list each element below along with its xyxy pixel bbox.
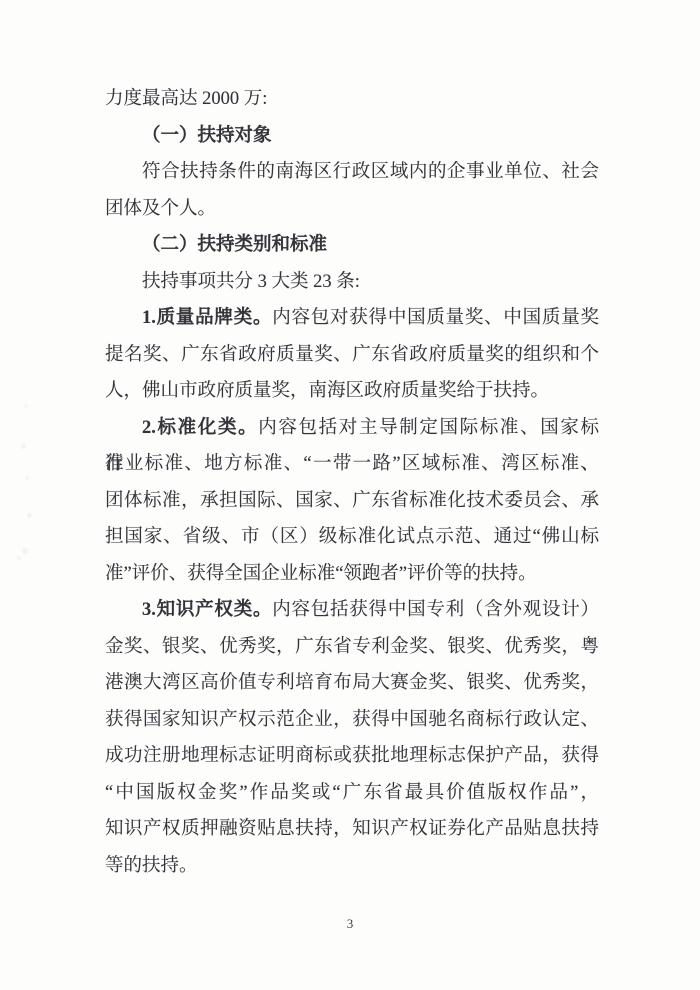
body-text: 提名奖、广东省政府质量奖、广东省政府质量奖的组织和个	[105, 345, 599, 365]
scan-speckle	[27, 513, 32, 518]
text-line: 团体及个人。	[105, 191, 599, 228]
body-text: 成功注册地理标志证明商标或获批地理标志保护产品，获得	[105, 746, 599, 766]
text-line: 金奖、银奖、优秀奖，广东省专利金奖、银奖、优秀奖，粤	[105, 629, 599, 666]
body-text: 力度最高达 2000 万:	[105, 89, 267, 109]
page-number: 3	[0, 915, 700, 933]
text-line: “中国版权金奖”作品奖或“广东省最具价值版权作品”，	[105, 775, 599, 812]
text-line: 担国家、省级、市（区）级标准化试点示范、通过“佛山标	[105, 519, 599, 556]
scan-speckle	[25, 476, 29, 480]
body-text: 准”评价、获得全国企业标准“领跑者”评价等的扶持。	[105, 564, 537, 584]
body-text: 团体标准，承担国际、国家、广东省标准化技术委员会、承	[105, 491, 599, 511]
body-text: 担国家、省级、市（区）级标准化试点示范、通过“佛山标	[105, 527, 599, 547]
text-line: 团体标准，承担国际、国家、广东省标准化技术委员会、承	[105, 483, 599, 520]
text-line: 2.标准化类。内容包括对主导制定国际标准、国家标准、	[105, 410, 599, 447]
text-line: （一）扶持对象	[105, 118, 599, 155]
text-line: 3.知识产权类。内容包括获得中国专利（含外观设计）	[105, 592, 599, 629]
text-line: 人，佛山市政府质量奖，南海区政府质量奖给于扶持。	[105, 373, 599, 410]
body-text: 内容包括获得中国专利（含外观设计）	[272, 600, 599, 620]
scan-speckle	[21, 444, 26, 449]
body-text: 获得国家知识产权示范企业，获得中国驰名商标行政认定、	[105, 710, 599, 730]
heading-text: 2.标准化类。	[142, 418, 258, 438]
text-line: （二）扶持类别和标准	[105, 227, 599, 264]
text-line: 扶持事项共分 3 大类 23 条:	[105, 264, 599, 301]
text-line: 提名奖、广东省政府质量奖、广东省政府质量奖的组织和个	[105, 337, 599, 374]
body-text: 内容包对获得中国质量奖、中国质量奖	[272, 308, 599, 328]
body-text: 金奖、银奖、优秀奖，广东省专利金奖、银奖、优秀奖，粤	[105, 637, 599, 657]
body-text: 等的扶持。	[105, 856, 198, 876]
text-line: 准”评价、获得全国企业标准“领跑者”评价等的扶持。	[105, 556, 599, 593]
body-text: 人，佛山市政府质量奖，南海区政府质量奖给于扶持。	[105, 381, 549, 401]
heading-text: （一）扶持对象	[142, 126, 272, 146]
text-line: 力度最高达 2000 万:	[105, 81, 599, 118]
body-text: 符合扶持条件的南海区行政区域内的企事业单位、社会	[142, 162, 599, 182]
body-text: 扶持事项共分 3 大类 23 条:	[142, 272, 360, 292]
text-line: 成功注册地理标志证明商标或获批地理标志保护产品，获得	[105, 738, 599, 775]
scan-speckle	[22, 548, 28, 554]
scan-speckle	[17, 556, 21, 560]
body-text: 行业标准、地方标准、“一带一路”区域标准、湾区标准、	[105, 454, 599, 474]
body-text: “中国版权金奖”作品奖或“广东省最具价值版权作品”，	[105, 783, 599, 803]
body-text: 知识产权质押融资贴息扶持，知识产权证券化产品贴息扶持	[105, 819, 599, 839]
document-page: 力度最高达 2000 万:（一）扶持对象符合扶持条件的南海区行政区域内的企事业单…	[0, 0, 700, 990]
text-line: 符合扶持条件的南海区行政区域内的企事业单位、社会	[105, 154, 599, 191]
heading-text: 1.质量品牌类。	[142, 308, 272, 328]
heading-text: （二）扶持类别和标准	[142, 235, 327, 255]
text-line: 行业标准、地方标准、“一带一路”区域标准、湾区标准、	[105, 446, 599, 483]
text-line: 等的扶持。	[105, 848, 599, 885]
heading-text: 3.知识产权类。	[142, 600, 272, 620]
text-line: 获得国家知识产权示范企业，获得中国驰名商标行政认定、	[105, 702, 599, 739]
text-line: 知识产权质押融资贴息扶持，知识产权证券化产品贴息扶持	[105, 811, 599, 848]
body-text: 港澳大湾区高价值专利培育布局大赛金奖、银奖、优秀奖，	[105, 673, 599, 693]
text-line: 1.质量品牌类。内容包对获得中国质量奖、中国质量奖	[105, 300, 599, 337]
document-body: 力度最高达 2000 万:（一）扶持对象符合扶持条件的南海区行政区域内的企事业单…	[105, 81, 599, 884]
text-line: 港澳大湾区高价值专利培育布局大赛金奖、银奖、优秀奖，	[105, 665, 599, 702]
scan-speckle	[24, 404, 28, 408]
body-text: 团体及个人。	[105, 199, 216, 219]
